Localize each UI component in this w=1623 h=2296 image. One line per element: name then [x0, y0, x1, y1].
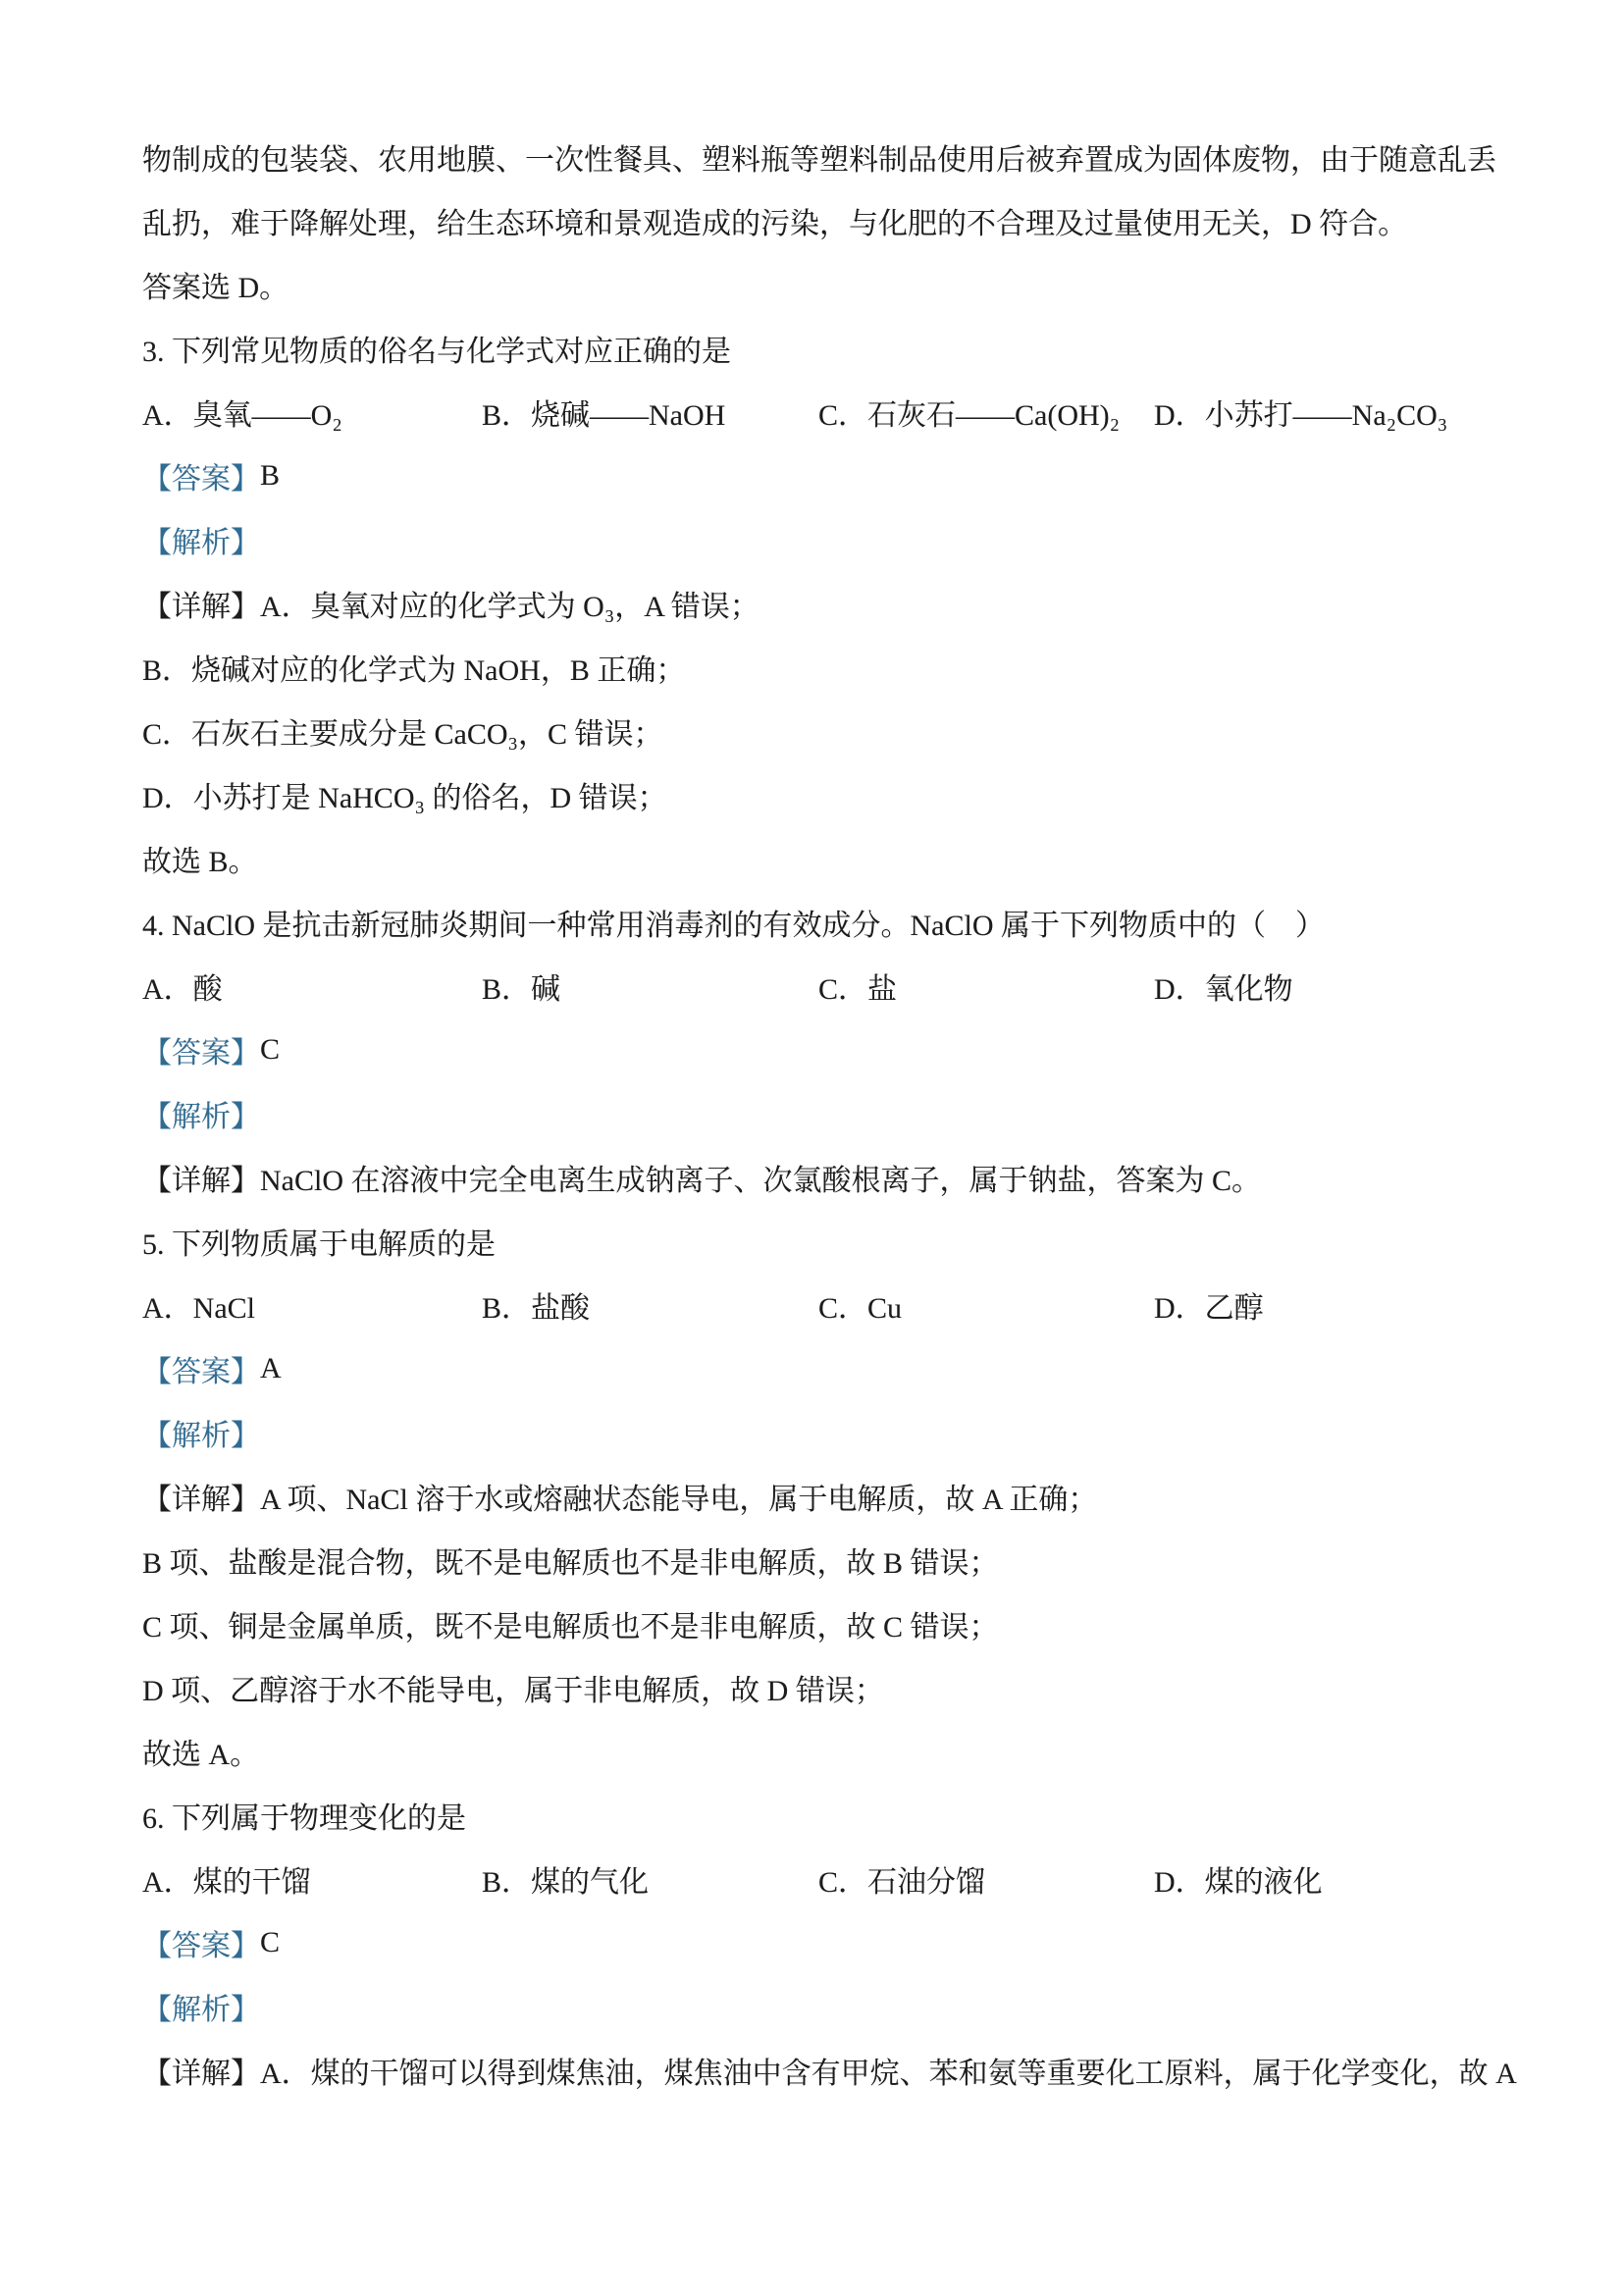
question-6-stem-text: 6. 下列属于物理变化的是 [142, 1794, 466, 1837]
detail-text: 【详解】A．臭氧对应的化学式为 O₃，A 错误； [142, 582, 759, 625]
intro-line-2: 乱扔，难于降解处理，给生态环境和景观造成的污染，与化肥的不合理及过量使用无关，D… [142, 188, 1564, 252]
question-5-detail-4: D 项、乙醇溶于水不能导电，属于非电解质，故 D 错误； [142, 1655, 1564, 1719]
analysis-marker: 【解析】 [142, 518, 260, 561]
question-6-option-a: A．煤的干馏 [142, 1857, 482, 1901]
question-5-stem-text: 5. 下列物质属于电解质的是 [142, 1220, 496, 1263]
question-6-answer-line: 【答案】C [142, 1910, 1564, 1974]
question-3-analysis-line: 【解析】 [142, 507, 1564, 571]
detail-text: D 项、乙醇溶于水不能导电，属于非电解质，故 D 错误； [142, 1666, 884, 1709]
question-5-detail-3: C 项、铜是金属单质，既不是电解质也不是非电解质，故 C 错误； [142, 1592, 1564, 1655]
question-6-option-b: B．煤的气化 [482, 1857, 818, 1901]
detail-text: D．小苏打是 NaHCO₃ 的俗名，D 错误； [142, 773, 667, 816]
detail-text: 【详解】NaClO 在溶液中完全电离生成钠离子、次氯酸根离子，属于钠盐，答案为 … [142, 1156, 1261, 1199]
question-3-options: A．臭氧——O₂ B．烧碱——NaOH C．石灰石——Ca(OH)₂ D．小苏打… [142, 380, 1564, 444]
answer-marker: 【答案】 [142, 1347, 260, 1390]
question-4-stem-text: 4. NaClO 是抗击新冠肺炎期间一种常用消毒剂的有效成分。NaClO 属于下… [142, 901, 1325, 944]
question-4-stem: 4. NaClO 是抗击新冠肺炎期间一种常用消毒剂的有效成分。NaClO 属于下… [142, 890, 1564, 954]
question-4-option-a: A．酸 [142, 965, 482, 1008]
detail-text: 【详解】A 项、NaCl 溶于水或熔融状态能导电，属于电解质，故 A 正确； [142, 1475, 1097, 1518]
detail-text: B 项、盐酸是混合物，既不是电解质也不是非电解质，故 B 错误； [142, 1539, 999, 1582]
question-5-option-b: B．盐酸 [482, 1283, 818, 1327]
detail-text: C 项、铜是金属单质，既不是电解质也不是非电解质，故 C 错误； [142, 1602, 999, 1645]
answer-marker: 【答案】 [142, 454, 260, 497]
analysis-marker: 【解析】 [142, 1411, 260, 1454]
question-6-option-d: D．煤的液化 [1154, 1857, 1564, 1901]
question-5-conclusion: 故选 A。 [142, 1719, 1564, 1783]
question-5-answer-value: A [260, 1352, 282, 1385]
question-5-stem: 5. 下列物质属于电解质的是 [142, 1209, 1564, 1273]
question-5-detail-2: B 项、盐酸是混合物，既不是电解质也不是非电解质，故 B 错误； [142, 1528, 1564, 1592]
analysis-marker: 【解析】 [142, 1985, 260, 2028]
answer-marker: 【答案】 [142, 1028, 260, 1071]
question-3-answer-line: 【答案】B [142, 444, 1564, 507]
answer-marker: 【答案】 [142, 1921, 260, 1964]
question-3-option-a: A．臭氧——O₂ [142, 391, 482, 434]
question-4-answer-value: C [260, 1033, 280, 1067]
question-4-answer-line: 【答案】C [142, 1018, 1564, 1081]
question-6-options: A．煤的干馏 B．煤的气化 C．石油分馏 D．煤的液化 [142, 1847, 1564, 1910]
question-3-option-b: B．烧碱——NaOH [482, 391, 818, 434]
question-6-analysis-line: 【解析】 [142, 1974, 1564, 2038]
analysis-marker: 【解析】 [142, 1092, 260, 1135]
question-6-option-c: C．石油分馏 [818, 1857, 1154, 1901]
question-5-option-a: A．NaCl [142, 1283, 482, 1327]
detail-text: 故选 B。 [142, 837, 258, 880]
question-5-analysis-line: 【解析】 [142, 1400, 1564, 1464]
question-5-option-c: C．Cu [818, 1283, 1154, 1327]
detail-text: 【详解】A．煤的干馏可以得到煤焦油，煤焦油中含有甲烷、苯和氨等重要化工原料，属于… [142, 2049, 1517, 2092]
question-3-option-c: C．石灰石——Ca(OH)₂ [818, 391, 1154, 434]
question-4-detail-1: 【详解】NaClO 在溶液中完全电离生成钠离子、次氯酸根离子，属于钠盐，答案为 … [142, 1145, 1564, 1209]
detail-text: C．石灰石主要成分是 CaCO₃，C 错误； [142, 709, 662, 753]
question-4-option-c: C．盐 [818, 965, 1154, 1008]
question-5-answer-line: 【答案】A [142, 1336, 1564, 1400]
question-5-detail-1: 【详解】A 项、NaCl 溶于水或熔融状态能导电，属于电解质，故 A 正确； [142, 1464, 1564, 1528]
document-page: 物制成的包装袋、农用地膜、一次性餐具、塑料瓶等塑料制品使用后被弃置成为固体废物，… [0, 0, 1623, 2296]
detail-text: 故选 A。 [142, 1730, 259, 1773]
intro-text-1: 物制成的包装袋、农用地膜、一次性餐具、塑料瓶等塑料制品使用后被弃置成为固体废物，… [142, 135, 1496, 179]
question-4-options: A．酸 B．碱 C．盐 D．氧化物 [142, 954, 1564, 1018]
question-6-answer-value: C [260, 1926, 280, 1959]
question-3-option-d: D．小苏打——Na₂CO₃ [1154, 391, 1564, 434]
question-3-answer-value: B [260, 459, 280, 493]
question-3-conclusion: 故选 B。 [142, 826, 1564, 890]
question-3-detail-1: 【详解】A．臭氧对应的化学式为 O₃，A 错误； [142, 571, 1564, 635]
question-4-option-d: D．氧化物 [1154, 965, 1564, 1008]
detail-text: B．烧碱对应的化学式为 NaOH，B 正确； [142, 646, 685, 689]
question-3-detail-3: C．石灰石主要成分是 CaCO₃，C 错误； [142, 699, 1564, 762]
question-3-stem-text: 3. 下列常见物质的俗名与化学式对应正确的是 [142, 327, 731, 370]
question-5-option-d: D．乙醇 [1154, 1283, 1564, 1327]
question-4-analysis-line: 【解析】 [142, 1081, 1564, 1145]
question-5-options: A．NaCl B．盐酸 C．Cu D．乙醇 [142, 1273, 1564, 1336]
intro-line-1: 物制成的包装袋、农用地膜、一次性餐具、塑料瓶等塑料制品使用后被弃置成为固体废物，… [142, 125, 1564, 188]
question-4-option-b: B．碱 [482, 965, 818, 1008]
intro-line-3: 答案选 D。 [142, 252, 1564, 316]
question-6-stem: 6. 下列属于物理变化的是 [142, 1783, 1564, 1847]
question-6-detail-1: 【详解】A．煤的干馏可以得到煤焦油，煤焦油中含有甲烷、苯和氨等重要化工原料，属于… [142, 2038, 1564, 2102]
question-3-detail-4: D．小苏打是 NaHCO₃ 的俗名，D 错误； [142, 762, 1564, 826]
question-3-stem: 3. 下列常见物质的俗名与化学式对应正确的是 [142, 316, 1564, 380]
question-3-detail-2: B．烧碱对应的化学式为 NaOH，B 正确； [142, 635, 1564, 699]
intro-text-2: 乱扔，难于降解处理，给生态环境和景观造成的污染，与化肥的不合理及过量使用无关，D… [142, 199, 1407, 242]
intro-text-3: 答案选 D。 [142, 263, 288, 306]
